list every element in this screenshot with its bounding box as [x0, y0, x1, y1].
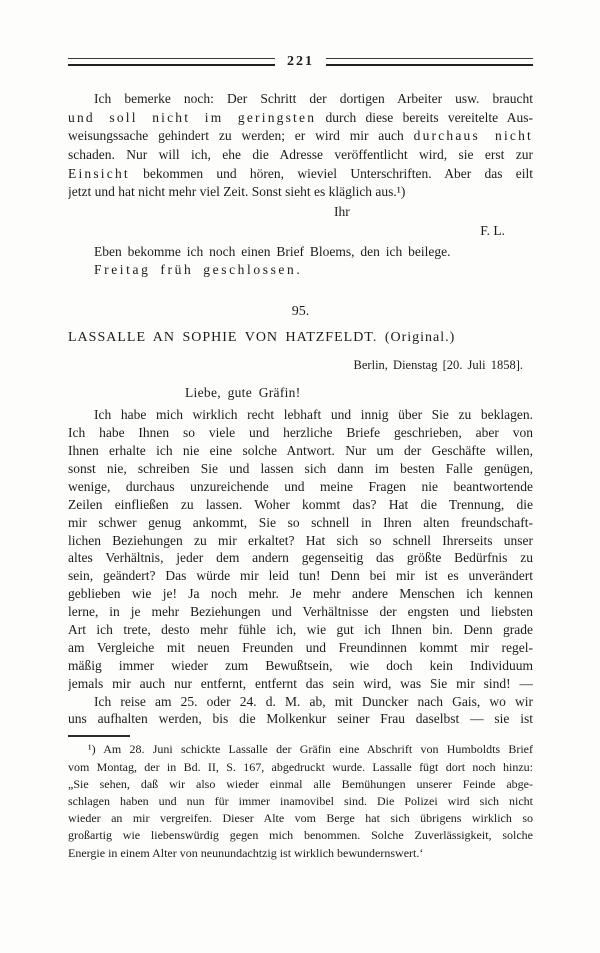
letter-body: Ich habe mich wirklich recht lebhaft und…	[68, 406, 533, 728]
letter-final-paragraph: Ich bemerke noch: Der Schritt der dortig…	[68, 90, 533, 202]
body-line: uns aufhalten werden, bis die Molkenkur …	[68, 710, 533, 728]
body-line: Art ich trete, desto mehr fühle ich, wie…	[68, 621, 533, 639]
body-line: Ich reise am 25. oder 24. d. M. ab, mit …	[68, 693, 533, 711]
letter-closing: Ihr	[334, 203, 533, 222]
footnote: ¹) Am 28. Juni schickte Lassalle der Grä…	[68, 741, 533, 861]
footnote-line: großartig wie liebenswürdig gegen mich b…	[68, 827, 533, 844]
page-number: 221	[287, 56, 314, 68]
body-line: mäßig immer wieder zum Bewußtsein, wie d…	[68, 657, 533, 675]
text-segment: bekommen und hören, wieviel Unterschrift…	[130, 166, 533, 181]
body-line: lichen Beziehungen zu mir erkaltet? Hat …	[68, 532, 533, 550]
text-segment: durch diese bereits vereitelte Aus-	[316, 110, 533, 125]
letter-dateline: Berlin, Dienstag [20. Juli 1858].	[68, 357, 533, 374]
section-heading: LASSALLE AN SOPHIE VON HATZFELDT. (Origi…	[68, 328, 533, 348]
body-line: altes Verhältnis, jeder dem andern gegen…	[68, 549, 533, 567]
body-line: Ihnen erhalte ich nie eine solche Antwor…	[68, 442, 533, 460]
text-line: weisungssache gehindert zu werden; er wi…	[68, 127, 533, 146]
letter-salutation: Liebe, gute Gräfin!	[185, 383, 533, 402]
text-line: schaden. Nur will ich, ehe die Adresse v…	[68, 146, 533, 165]
body-line: jemals mir auch nur entfernt, entfernt d…	[68, 675, 533, 693]
letter-signature: F. L.	[68, 222, 533, 241]
postscript-line: Eben bekomme ich noch einen Brief Bloems…	[68, 243, 533, 262]
footnote-line: „Sie sehen, daß wir also wieder einmal a…	[68, 776, 533, 793]
body-line: am Vergleiche mit neuen Freunden und Fre…	[68, 639, 533, 657]
footnote-line: Energie in einem Alter von neunundachtzi…	[68, 845, 533, 862]
footnote-line: wieder an mir vergreifen. Dieser Alte vo…	[68, 810, 533, 827]
body-line: sonst nie, schreiben Sie und lassen sich…	[68, 460, 533, 478]
text-line: jetzt und hat nicht mehr viel Zeit. Sons…	[68, 183, 533, 202]
body-line: wenige, durchaus unzureichende und meine…	[68, 478, 533, 496]
text-line: und soll nicht im geringsten durch diese…	[68, 109, 533, 128]
book-page: 221 Ich bemerke noch: Der Schritt der do…	[0, 0, 600, 953]
text-line: Einsicht bekommen und hören, wieviel Unt…	[68, 165, 533, 184]
header-rule-left	[68, 58, 275, 66]
text-segment: weisungssache gehindert zu werden; er wi…	[68, 128, 414, 143]
body-line: Ich habe mich wirklich recht lebhaft und…	[68, 406, 533, 424]
body-line: sein, geändert? Das würde mir leid tun! …	[68, 567, 533, 585]
footnote-line: schlagen haben und nun für immer inamovi…	[68, 793, 533, 810]
emphasized-text: durchaus nicht	[414, 128, 533, 143]
body-line: lerne, in je mehr Beziehungen und Verhäl…	[68, 603, 533, 621]
body-line: Zeilen einfließen zu lassen. Woher kommt…	[68, 496, 533, 514]
header-rule-right	[326, 58, 533, 66]
footnote-line: ¹) Am 28. Juni schickte Lassalle der Grä…	[68, 741, 533, 758]
footnote-separator-rule	[68, 735, 130, 737]
letter-postscript: Eben bekomme ich noch einen Brief Bloems…	[68, 243, 533, 281]
footnote-line: vom Montag, der in Bd. II, S. 167, abged…	[68, 759, 533, 776]
text-line: Ich bemerke noch: Der Schritt der dortig…	[68, 90, 533, 109]
body-line: geblieben wie je! Ja noch mehr. Je mehr …	[68, 585, 533, 603]
body-line: mir schwer genug ankommt, Sie so schnell…	[68, 514, 533, 532]
emphasized-text: und soll nicht im geringsten	[68, 110, 316, 125]
page-header: 221	[68, 56, 533, 68]
postscript-line: Freitag früh geschlossen.	[68, 261, 533, 280]
section-number: 95.	[68, 302, 533, 321]
emphasized-text: Einsicht	[68, 166, 130, 181]
body-line: Ich habe Ihnen so viele und herzliche Br…	[68, 424, 533, 442]
